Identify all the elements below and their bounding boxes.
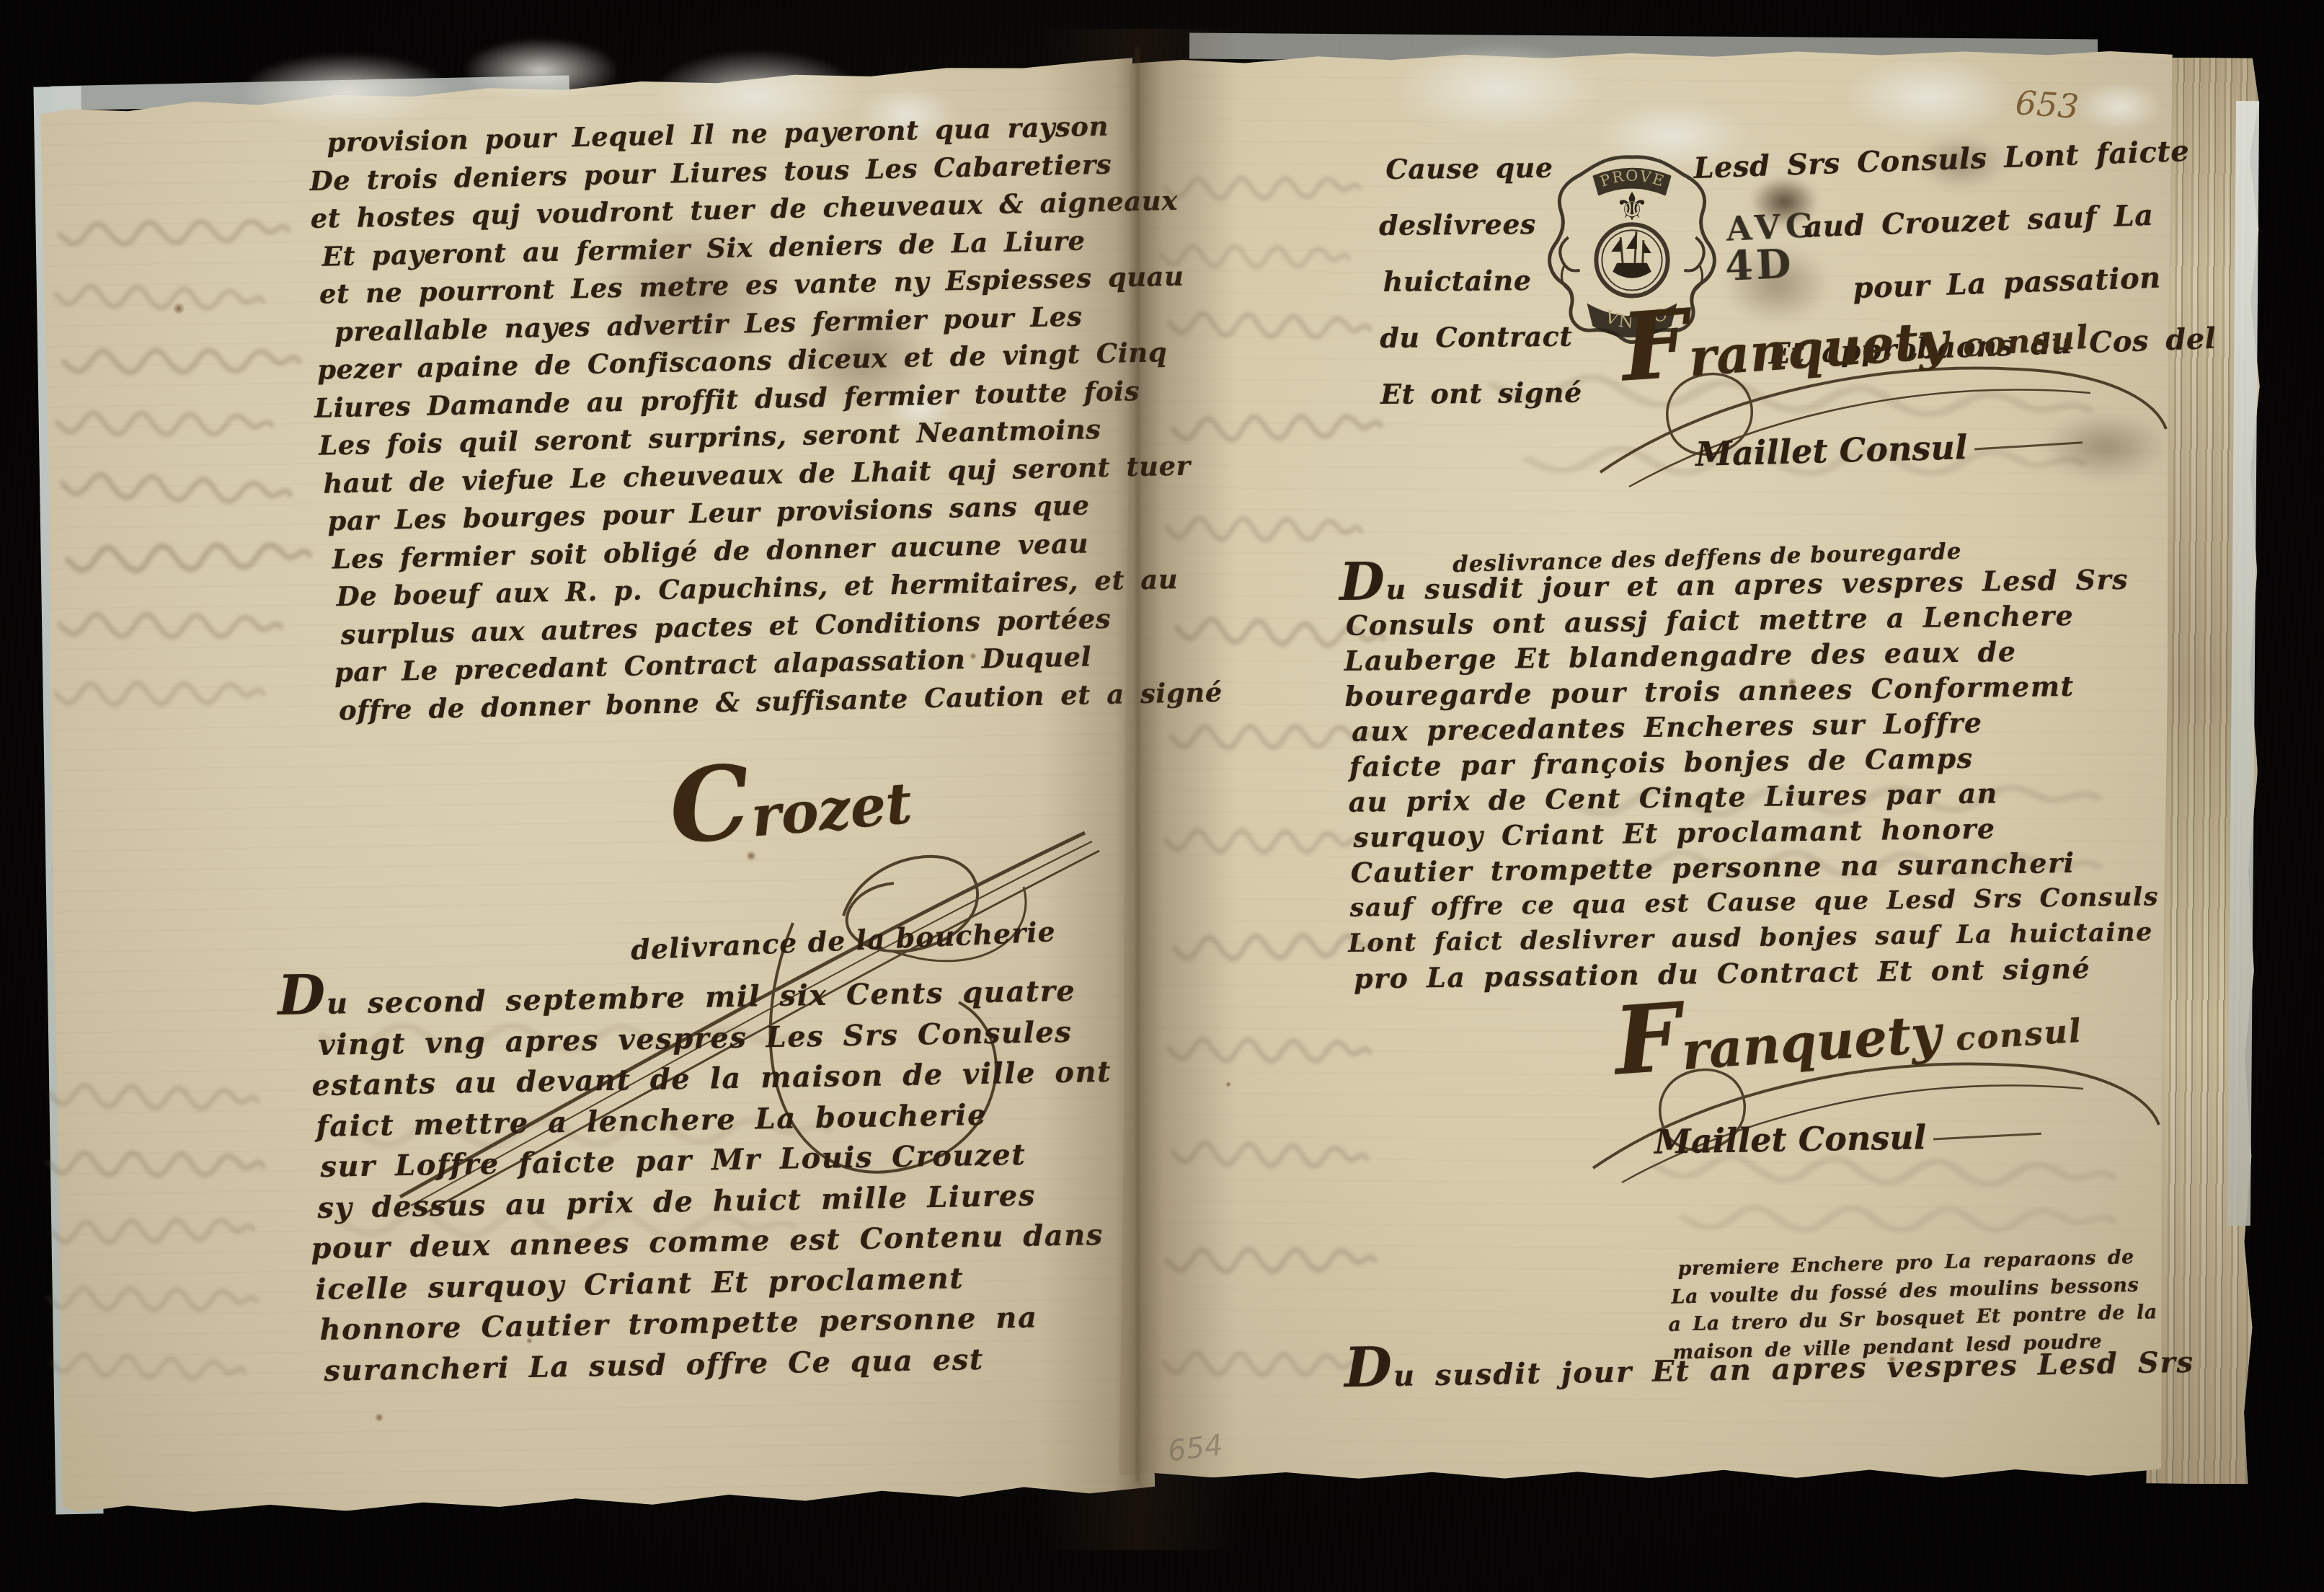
ship-icon (1613, 263, 1651, 278)
signature-title: consul (1961, 317, 2090, 364)
bleed-through-ghost (1162, 1242, 1379, 1278)
bleed-through-ghost (1164, 1035, 1373, 1066)
bleed-through-ghost (1168, 1138, 1370, 1173)
bleed-through-ghost (50, 676, 267, 711)
bleed-through-ghost (52, 408, 275, 440)
ship-sails (1611, 233, 1651, 253)
bleed-through-ghost (54, 609, 285, 642)
folio-number-pencil: 654 (1166, 1429, 1224, 1469)
bleed-through-ghost (1159, 1348, 1361, 1380)
fleur-de-lis-icon: ⚜ (1615, 184, 1649, 229)
bleed-through-ghost (45, 1079, 262, 1115)
bleed-through-ghost (43, 1283, 260, 1315)
bleed-through-ghost (58, 342, 303, 380)
signature-maillet-bottom: Maillet Consul (1654, 1115, 2042, 1161)
folio-number-ink: 653 (2014, 83, 2080, 126)
left-page-body-block: provision pour Lequel Il ne payeront qua… (309, 105, 1223, 730)
left-page-entry-block: Du second septembre mil six Cents quatre… (278, 966, 1117, 1392)
manuscript-line: Et ont signé (1380, 365, 1582, 423)
right-page-entry-block: Du susdit jour et an apres vespres Lesd … (1339, 557, 2160, 996)
signature-title: consul (1954, 1011, 2083, 1058)
bleed-through-ghost (50, 280, 267, 314)
bleed-through-ghost (1672, 1203, 2119, 1236)
bleed-through-ghost (1161, 826, 1362, 857)
archival-manuscript-scan: { "folios": { "ink_folio_number": "653",… (0, 0, 2324, 1592)
bleed-through-ghost (43, 1148, 267, 1181)
stamp-ring (1596, 224, 1667, 296)
